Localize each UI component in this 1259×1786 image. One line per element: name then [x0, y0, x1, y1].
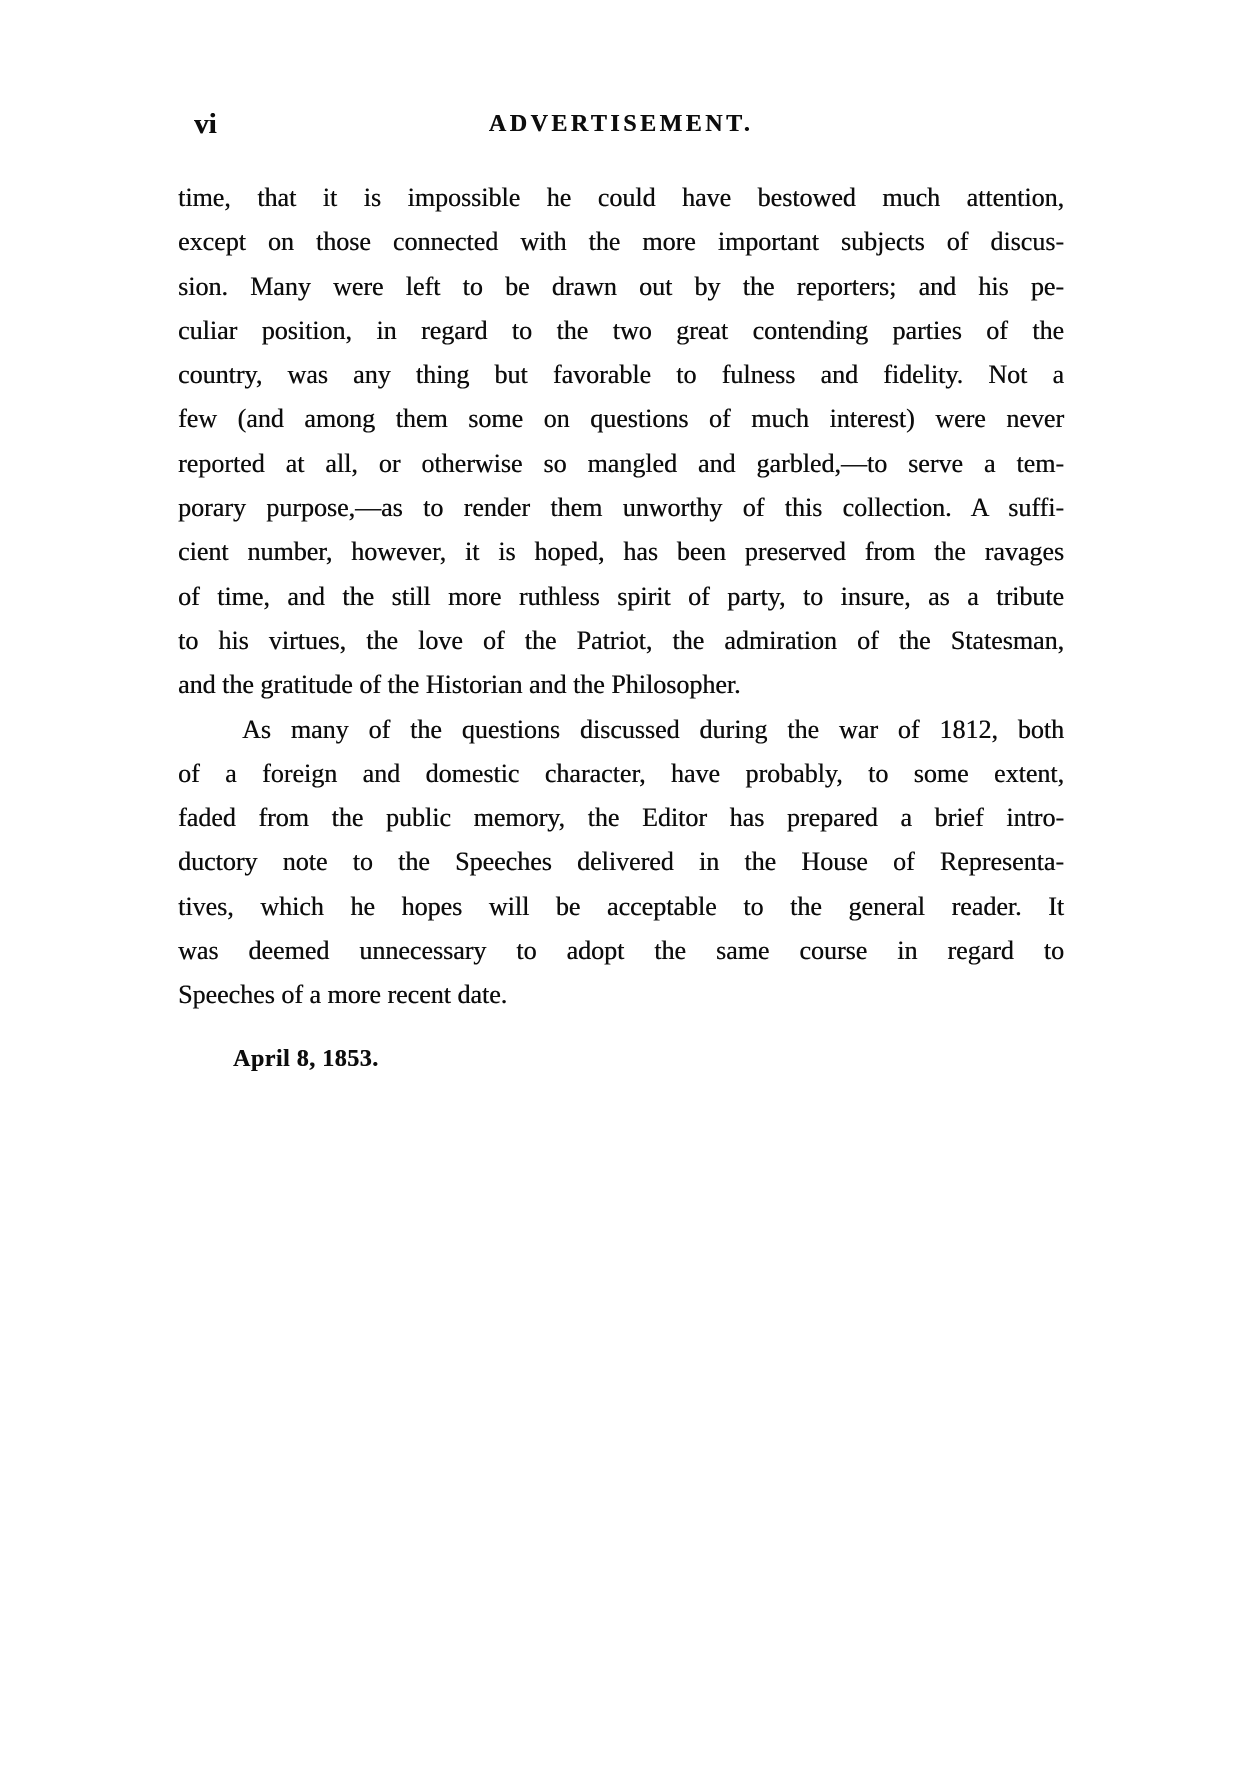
text-line: was deemed unnecessary to adopt the same…: [178, 929, 1064, 973]
text-line: porary purpose,—as to render them unwort…: [178, 486, 1064, 530]
text-line: As many of the questions discussed durin…: [178, 708, 1064, 752]
text-line: and the gratitude of the Historian and t…: [178, 663, 1064, 707]
page-title: ADVERTISEMENT.: [178, 106, 1064, 138]
text-line: country, was any thing but favorable to …: [178, 353, 1064, 397]
body-text: time, that it is impossible he could hav…: [178, 176, 1064, 1018]
running-header: vi ADVERTISEMENT.: [178, 106, 1064, 144]
text-line: faded from the public memory, the Editor…: [178, 796, 1064, 840]
text-line: few (and among them some on questions of…: [178, 397, 1064, 441]
text-line: to his virtues, the love of the Patriot,…: [178, 619, 1064, 663]
text-line: cient number, however, it is hoped, has …: [178, 530, 1064, 574]
text-line: reported at all, or otherwise so mangled…: [178, 442, 1064, 486]
text-line: of a foreign and domestic character, hav…: [178, 752, 1064, 796]
text-line: sion. Many were left to be drawn out by …: [178, 265, 1064, 309]
text-line: tives, which he hopes will be acceptable…: [178, 885, 1064, 929]
text-line: ductory note to the Speeches delivered i…: [178, 840, 1064, 884]
text-line: except on those connected with the more …: [178, 220, 1064, 264]
text-block: vi ADVERTISEMENT. time, that it is impos…: [178, 106, 1064, 1073]
scanned-book-page: vi ADVERTISEMENT. time, that it is impos…: [0, 0, 1259, 1786]
text-line: of time, and the still more ruthless spi…: [178, 575, 1064, 619]
text-line: time, that it is impossible he could hav…: [178, 176, 1064, 220]
date-line: April 8, 1853.: [233, 1046, 1064, 1073]
text-line: culiar position, in regard to the two gr…: [178, 309, 1064, 353]
page-number: vi: [194, 108, 217, 141]
text-line: Speeches of a more recent date.: [178, 973, 1064, 1017]
